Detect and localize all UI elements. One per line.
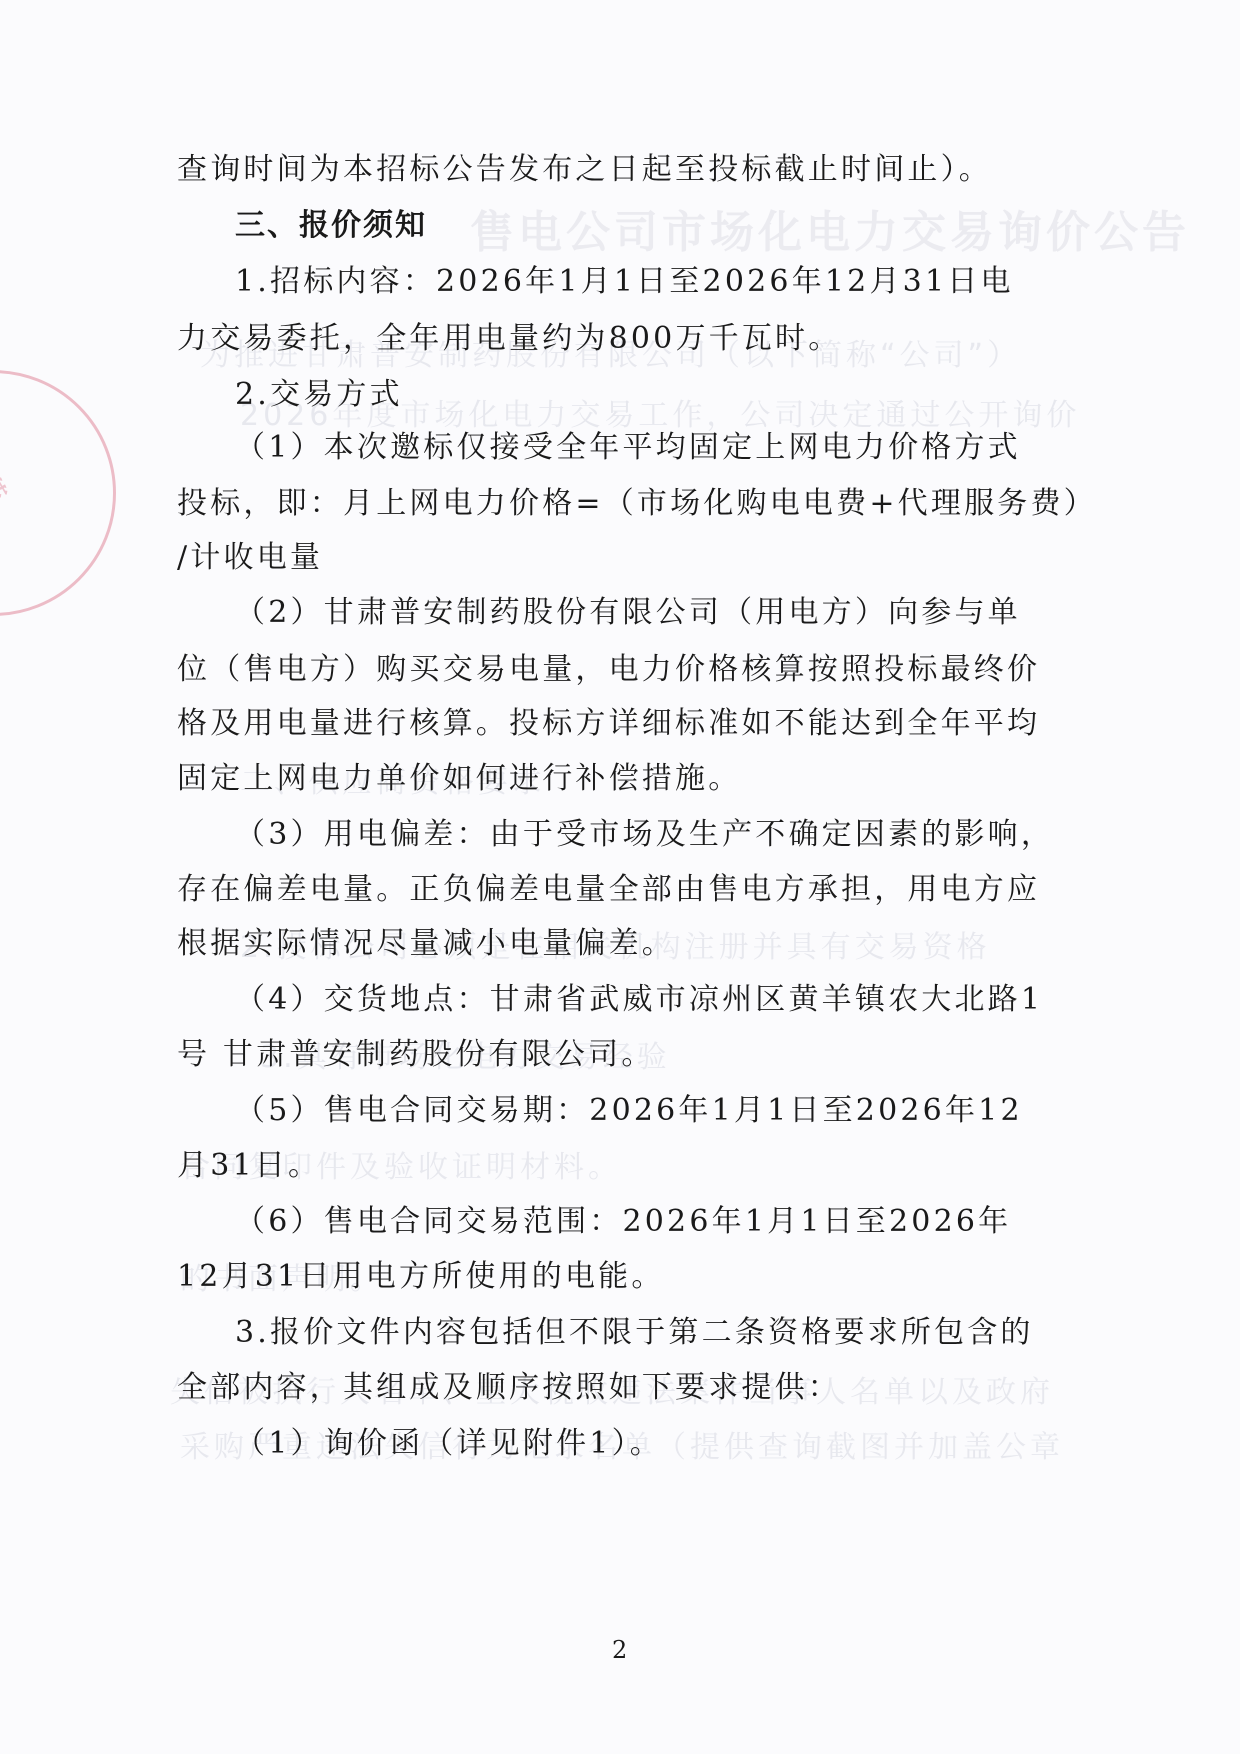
paragraph-line: 查询时间为本招标公告发布之日起至投标截止时间止）。: [177, 152, 992, 188]
paragraph-line: （5）售电合同交易期：2026年1月1日至2026年12: [235, 1093, 1023, 1129]
bleed-through-text: 售电公司市场化电力交易询价公告: [470, 215, 1190, 251]
paragraph-line: （1）本次邀标仅接受全年平均固定上网电力价格方式: [235, 430, 1021, 466]
paragraph-line: 号 甘肃普安制药股份有限公司。: [177, 1037, 655, 1073]
paragraph-line: 格及用电量进行核算。投标方详细标准如不能达到全年平均: [177, 706, 1040, 742]
document-page: 甘肃普安制药 售电公司市场化电力交易询价公告为推进甘肃普安制药股份有限公司（以下…: [0, 0, 1240, 1754]
paragraph-line: （6）售电合同交易范围：2026年1月1日至2026年: [235, 1204, 1011, 1240]
paragraph-line: /计收电量: [177, 540, 323, 576]
paragraph-line: （4）交货地点：甘肃省武威市凉州区黄羊镇农大北路1: [235, 982, 1043, 1018]
paragraph-line: （1）询价函（详见附件1）。: [235, 1426, 663, 1462]
paragraph-line: 12月31日用电方所使用的电能。: [177, 1259, 665, 1295]
paragraph-line: 3.报价文件内容包括但不限于第二条资格要求所包含的: [235, 1315, 1034, 1351]
paragraph-line: 2.交易方式: [235, 377, 403, 413]
section-heading: 三、报价须知: [235, 208, 427, 244]
paragraph-line: 存在偏差电量。正负偏差电量全部由售电方承担，用电方应: [177, 872, 1040, 908]
paragraph-line: 根据实际情况尽量减小电量偏差。: [177, 926, 675, 962]
paragraph-line: 位（售电方）购买交易电量，电力价格核算按照投标最终价: [177, 652, 1040, 688]
paragraph-line: 固定上网电力单价如何进行补偿措施。: [177, 761, 741, 797]
paragraph-line: 力交易委托，全年用电量约为800万千瓦时。: [177, 321, 841, 357]
paragraph-line: 全部内容，其组成及顺序按照如下要求提供：: [177, 1370, 841, 1406]
paragraph-line: （2）甘肃普安制药股份有限公司（用电方）向参与单: [235, 595, 1021, 631]
paragraph-line: 月31日。: [177, 1148, 321, 1184]
stamp-text: 甘肃普安制药: [0, 355, 16, 509]
page-number: 2: [612, 1636, 627, 1664]
paragraph-line: 投标，即：月上网电力价格=（市场化购电电费+代理服务费）: [177, 486, 1097, 522]
paragraph-line: （3）用电偏差：由于受市场及生产不确定因素的影响，: [235, 817, 1054, 853]
paragraph-line: 1.招标内容：2026年1月1日至2026年12月31日电: [235, 264, 1014, 300]
company-seal-stamp: 甘肃普安制药: [0, 370, 116, 616]
